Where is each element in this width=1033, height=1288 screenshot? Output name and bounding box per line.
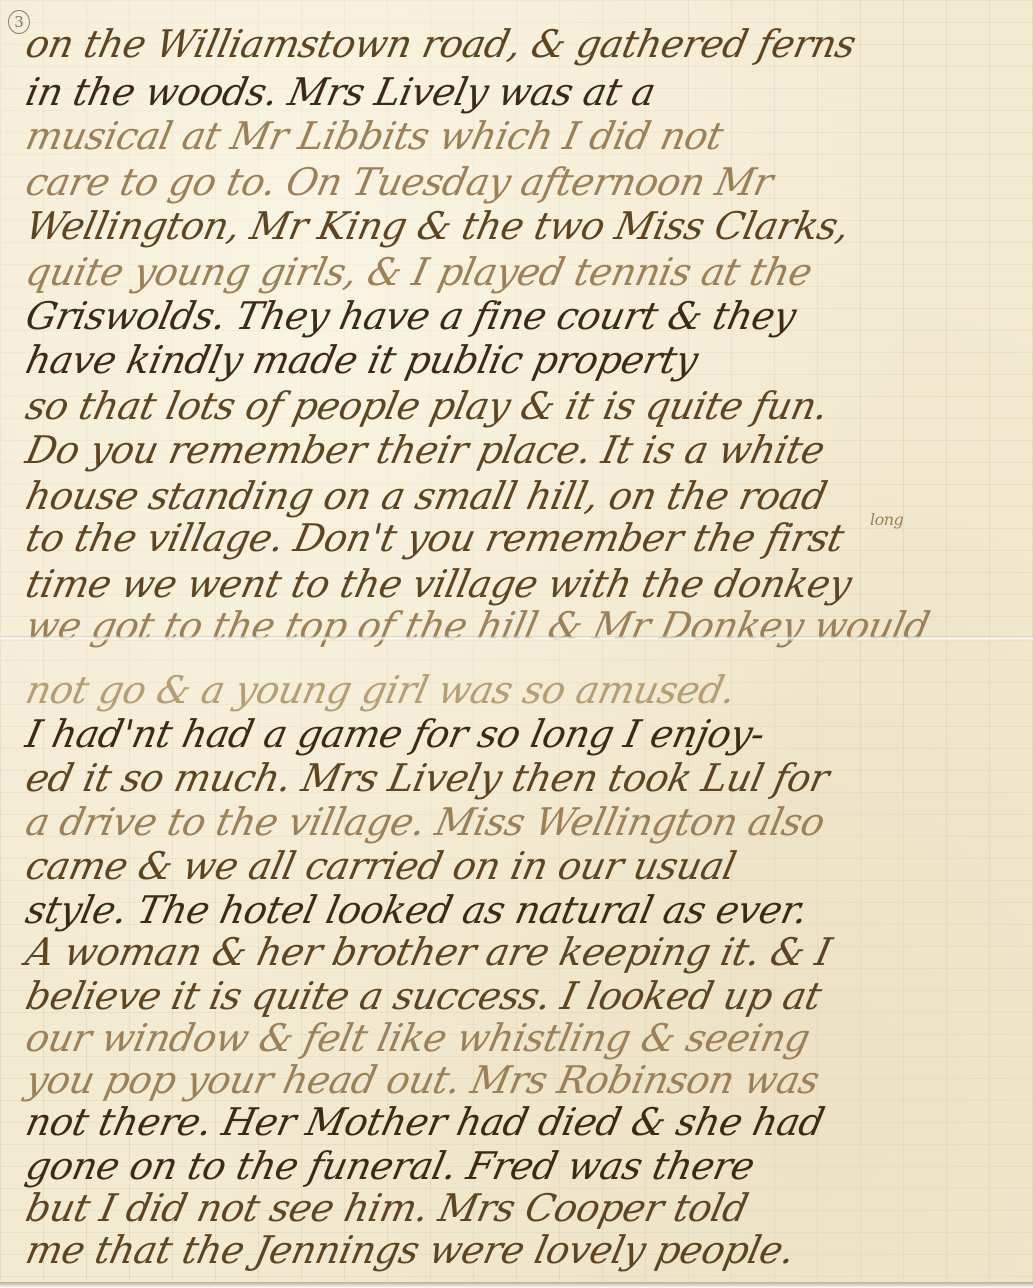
- letter-line: have kindly made it public property: [22, 338, 1031, 382]
- letter-line: believe it is quite a success. I looked …: [22, 974, 1031, 1018]
- letter-line: gone on to the funeral. Fred was there: [22, 1144, 1031, 1188]
- paper-fold-crease: [0, 636, 1033, 641]
- paper-bottom-edge: [0, 1282, 1033, 1288]
- letter-line: time we went to the village with the don…: [22, 562, 1031, 606]
- letter-line: a drive to the village. Miss Wellington …: [22, 800, 1031, 844]
- letter-line: our window & felt like whistling & seein…: [22, 1016, 1031, 1060]
- letter-line: style. The hotel looked as natural as ev…: [22, 888, 1031, 932]
- letter-line: ed it so much. Mrs Lively then took Lul …: [22, 756, 1031, 800]
- letter-line: Wellington, Mr King & the two Miss Clark…: [22, 204, 1031, 248]
- letter-line: but I did not see him. Mrs Cooper told: [22, 1186, 1031, 1230]
- letter-line: on the Williamstown road, & gathered fer…: [22, 22, 1031, 66]
- letter-line: in the woods. Mrs Lively was at a: [22, 70, 1031, 114]
- letter-line: Griswolds. They have a fine court & they: [22, 294, 1031, 338]
- letter-line: to the village. Don't you remember the f…: [22, 516, 1031, 560]
- letter-page: 3 on the Williamstown road, & gathered f…: [0, 0, 1033, 1282]
- letter-line: so that lots of people play & it is quit…: [22, 384, 1031, 428]
- letter-line: not there. Her Mother had died & she had: [22, 1100, 1031, 1144]
- letter-line: quite young girls, & I played tennis at …: [22, 250, 1031, 294]
- letter-body: on the Williamstown road, & gathered fer…: [0, 0, 1033, 1282]
- letter-line: A woman & her brother are keeping it. & …: [22, 930, 1031, 974]
- letter-line: me that the Jennings were lovely people.: [22, 1228, 1031, 1272]
- letter-line: we got to the top of the hill & Mr Donke…: [22, 604, 1031, 648]
- letter-line: Do you remember their place. It is a whi…: [22, 428, 1031, 472]
- letter-line: not go & a young girl was so amused.: [22, 668, 1031, 712]
- letter-line: you pop your head out. Mrs Robinson was: [22, 1058, 1031, 1102]
- letter-line: musical at Mr Libbits which I did not: [22, 114, 1031, 158]
- letter-line: care to go to. On Tuesday afternoon Mr: [22, 160, 1031, 204]
- letter-line: I had'nt had a game for so long I enjoy-: [22, 712, 1031, 756]
- letter-line: came & we all carried on in our usual: [22, 844, 1031, 888]
